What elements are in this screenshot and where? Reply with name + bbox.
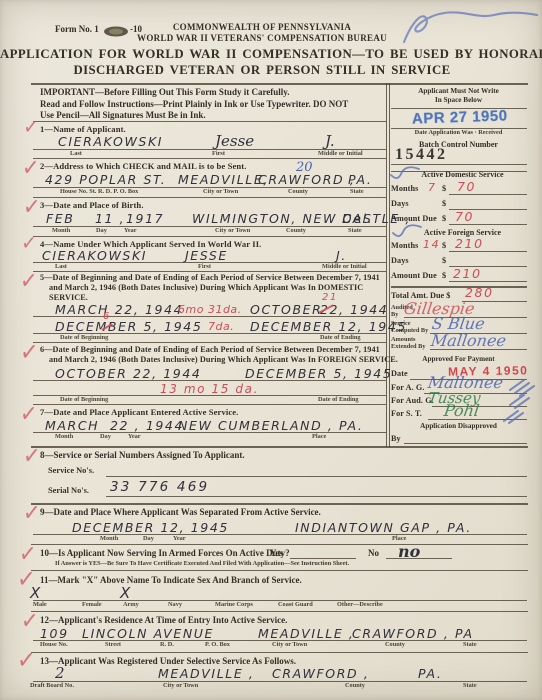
dollar-sign: $: [442, 184, 446, 193]
s7-place-value: NEW CUMBERLAND , PA.: [178, 418, 364, 433]
rule-line: [31, 446, 528, 448]
rule-line: [31, 83, 528, 85]
s4-first-label: First: [198, 263, 211, 270]
red-checkmark-icon: ✓: [23, 115, 40, 141]
rule-line: [33, 197, 386, 198]
application-disapproved-heading: Application Disapproved: [390, 422, 527, 430]
s5-row1-end-month: OCTOBER: [250, 302, 322, 317]
s12-heading: 12—Applicant's Residence At Time of Entr…: [40, 615, 287, 625]
s9-date-value: DECEMBER 12, 1945: [72, 520, 229, 535]
no-write-line-1: Applicant Must Not Write: [390, 87, 527, 95]
s7-year-label: Year: [128, 433, 141, 440]
s13-city-label: City or Town: [163, 682, 198, 689]
s1-heading: 1—Name of Applicant.: [40, 124, 126, 134]
s5-row1-end-year: , 1944: [339, 302, 388, 317]
s1-last-value: CIERAKOWSKI: [58, 134, 163, 149]
s5-row2-correction: 6: [103, 311, 111, 322]
s13-board-label: Draft Board No.: [30, 682, 74, 689]
rule-line: [33, 316, 386, 317]
amounts-extended-by-signature: Mallonee: [430, 331, 508, 350]
s8-service-no-label: Service No's.: [48, 466, 94, 475]
s13-city-value: MEADVILLE ,: [158, 666, 254, 681]
s6-end-value: DECEMBER 5, 1945: [245, 366, 392, 381]
total-amount-due-value: 280: [465, 285, 494, 300]
s13-county-value: CRAWFORD ,: [272, 666, 369, 681]
s13-state-label: State: [463, 682, 477, 689]
s9-place-label: Place: [392, 535, 406, 542]
s12-county-value: CRAWFORD ,: [352, 626, 449, 641]
s11-navy-label: Navy: [168, 601, 182, 608]
s7-month-value: MARCH: [45, 418, 99, 433]
rule-line: [106, 496, 527, 497]
s3-heading: 3—Date and Place of Birth.: [40, 200, 144, 210]
s2-state-value: PA.: [348, 172, 372, 187]
s5-heading-line-3: SERVICE.: [49, 293, 88, 302]
s13-board-value: 2: [55, 664, 65, 682]
for-ag-label: For A. G.: [391, 383, 425, 392]
s6-end-label: Date of Ending: [318, 396, 359, 403]
s6-heading-line-1: 6—Date of Beginning and Date of Ending o…: [40, 345, 380, 354]
red-checkmark-icon: ✓: [19, 265, 38, 295]
rule-line: [33, 432, 386, 433]
s6-heading-line-2: and March 2, 1946 (Both Dates Inclusive)…: [49, 355, 398, 364]
s7-day-label: Day: [100, 433, 111, 440]
s12-street-label: Street: [105, 641, 121, 648]
s9-place-value: INDIANTOWN GAP , PA.: [295, 520, 472, 535]
batch-control-number: 15442: [395, 146, 448, 164]
important-line-3: Use Pencil—All Signatures Must Be in Ink…: [40, 110, 206, 120]
foreign-amount-due-label: Amount Due: [391, 271, 437, 280]
important-line-2: Read and Follow Instructions—Print Plain…: [40, 99, 348, 109]
s8-serial-no-label: Serial No's.: [48, 486, 89, 495]
s5-row1-red-note: 6mo 31da.: [178, 303, 242, 316]
s5-begin-label: Date of Beginning: [60, 334, 108, 341]
extended-label-2: Extended By: [391, 343, 425, 350]
foreign-months-label: Months: [391, 241, 418, 250]
rule-line: [449, 194, 527, 195]
s12-state-value: PA: [455, 626, 474, 641]
s12-city-label: City or Town: [272, 641, 307, 648]
s11-army-label: Army: [123, 601, 139, 608]
s6-begin-value: OCTOBER 22, 1944: [55, 366, 201, 381]
rule-line: [33, 226, 386, 227]
date-received-stamp: APR 27 1950: [412, 107, 508, 127]
s10-no-label: No: [368, 548, 379, 558]
blue-hatch-marks: [492, 378, 537, 424]
red-checkmark-icon: ✓: [19, 337, 39, 369]
s2-county-label: County: [288, 188, 308, 195]
red-checkmark-icon: ✓: [21, 152, 40, 182]
rule-line: [33, 342, 386, 343]
s5-heading-line-2: and March 2, 1946 (Both Dates Inclusive)…: [49, 283, 363, 292]
s11-heading: 11—Mark "X" Above Name To Indicate Sex A…: [40, 575, 302, 585]
red-checkmark-icon: ✓: [22, 440, 41, 470]
s5-row2-begin-value: DECEMBER 5, 1945: [55, 319, 202, 334]
red-checkmark-icon: ✓: [22, 191, 41, 221]
rule-line: [33, 158, 386, 159]
s4-last-value: CIERAKOWSKI: [42, 248, 147, 263]
rule-line: [404, 443, 527, 444]
rule-line: [33, 121, 386, 122]
rule-line: [33, 380, 386, 381]
column-divider: [386, 83, 390, 447]
approved-for-payment-heading: Approved For Payment: [390, 355, 527, 363]
s10-yes-label: Yes: [270, 548, 283, 558]
s2-city-label: City or Town: [203, 188, 238, 195]
s2-county-value: CRAWFORD ,: [258, 172, 355, 187]
foreign-amount-value: 210: [455, 236, 484, 251]
rule-line: [391, 164, 527, 165]
s1-middle-value: J.: [325, 132, 335, 150]
org-line-1: COMMONWEALTH OF PENNSYLVANIA: [0, 22, 524, 32]
s4-first-value: JESSE: [185, 248, 228, 263]
s10-note: If Answer is YES—Be Sure To Have Certifi…: [55, 560, 349, 567]
foreign-months-value: 14: [423, 238, 440, 251]
s12-street-value: LINCOLN AVENUE: [82, 626, 214, 641]
dollar-sign: $: [442, 271, 446, 280]
domestic-amount-value: 70: [457, 179, 476, 194]
s7-place-label: Place: [312, 433, 326, 440]
s11-female-label: Female: [82, 601, 102, 608]
rule-line: [449, 281, 527, 282]
rule-line: [430, 349, 527, 350]
approved-date-label: Date: [391, 369, 408, 378]
s5-end-label: Date of Ending: [320, 334, 361, 341]
rule-line: [33, 681, 527, 682]
s11-other-label: Other—Describe: [337, 601, 383, 608]
for-st-label: For S. T.: [391, 409, 422, 418]
s8-heading: 8—Service or Serial Numbers Assigned To …: [40, 450, 245, 460]
rule-line: [31, 570, 528, 571]
s13-heading: 13—Applicant Was Registered Under Select…: [40, 656, 296, 666]
s3-city-county-value: WILMINGTON, NEW CASTLE ,: [192, 211, 411, 226]
s3-year-value: 1917: [126, 211, 164, 226]
s6-begin-label: Date of Beginning: [60, 396, 108, 403]
dollar-sign: $: [442, 241, 446, 250]
form-title-line-2: DISCHARGED VETERAN OR PERSON STILL IN SE…: [0, 63, 524, 78]
foreign-amount-due-value: 210: [453, 266, 482, 281]
extended-label-1: Amounts: [391, 336, 416, 343]
s3-day-label: Day: [96, 227, 107, 234]
s2-heading: 2—Address to Which CHECK and MAIL is to …: [40, 161, 246, 171]
s5-row2-end-value: DECEMBER 12, 1945: [250, 319, 407, 334]
dollar-sign: $: [442, 256, 446, 265]
s12-house-value: 109: [40, 626, 69, 641]
s12-city-value: MEADVILLE ,: [258, 626, 354, 641]
s2-address-label: House No. St. R. D. P. O. Box: [60, 188, 138, 195]
s13-state-value: PA.: [418, 666, 442, 681]
rule-line: [31, 544, 528, 545]
domestic-service-heading: Active Domestic Service: [398, 170, 527, 179]
rule-line: [290, 558, 356, 559]
s1-first-label: First: [212, 150, 225, 157]
foreign-days-label: Days: [391, 256, 409, 265]
s7-day-year-value: 22 , 1944: [110, 418, 184, 433]
red-checkmark-icon: ✓: [20, 605, 39, 635]
s9-heading: 9—Date and Place Where Applicant Was Sep…: [40, 507, 321, 517]
s1-first-value: Jesse: [215, 132, 254, 150]
s3-state-value: Del.: [342, 211, 373, 226]
rule-line: [386, 558, 452, 559]
s12-rd-label: R. D.: [160, 641, 174, 648]
s2-city-value: MEADVILLE,: [178, 172, 269, 187]
s4-middle-label: Middle or Initial: [322, 263, 367, 270]
s3-county-label: County: [286, 227, 306, 234]
domestic-months-value: 7: [428, 181, 437, 194]
s12-pobox-label: P. O. Box: [205, 641, 230, 648]
s8-serial-no-value: 33 776 469: [110, 479, 209, 495]
s9-day-label: Day: [143, 535, 154, 542]
s3-month-label: Month: [52, 227, 70, 234]
s3-year-label: Year: [124, 227, 137, 234]
s11-marine-corps-label: Marine Corps: [215, 601, 253, 608]
rule-line: [106, 476, 527, 477]
no-write-line-2: In Space Below: [390, 96, 527, 104]
domestic-amount-due-value: 70: [455, 209, 474, 224]
s3-day-value: 11 ,: [95, 211, 125, 226]
rule-line: [31, 611, 528, 612]
org-line-2: WORLD WAR II VETERANS' COMPENSATION BURE…: [0, 33, 524, 43]
s1-last-label: Last: [70, 150, 82, 157]
s3-city-label: City or Town: [215, 227, 250, 234]
s2-address-value: 429 POPLAR ST.: [45, 172, 166, 187]
form-title-line-1: APPLICATION FOR WORLD WAR II COMPENSATIO…: [0, 47, 524, 62]
s12-state-label: State: [463, 641, 477, 648]
s6-red-note: 13 mo 15 da.: [160, 382, 259, 396]
disapproved-by-label: By: [391, 434, 401, 443]
s5-row1-begin-value: MARCH 22, 1944: [55, 302, 183, 317]
s5-heading-line-1: 5—Date of Beginning and Date of Ending o…: [40, 273, 380, 282]
scanned-form-page: Form No. 1 -10 COMMONWEALTH OF PENNSYLVA…: [0, 0, 542, 700]
s3-state-label: State: [348, 227, 362, 234]
date-received-label: Date Application Was · Received: [390, 129, 527, 136]
s13-county-label: County: [345, 682, 365, 689]
domestic-days-label: Days: [391, 199, 409, 208]
s2-state-label: State: [350, 188, 364, 195]
s3-month-value: FEB: [46, 211, 74, 226]
s5-row2-red-note: 7da.: [208, 320, 234, 333]
s12-house-label: House No.: [40, 641, 68, 648]
rule-line: [31, 503, 528, 505]
dollar-sign: $: [442, 214, 446, 223]
red-checkmark-icon: ✓: [22, 497, 41, 527]
s4-last-label: Last: [55, 263, 67, 270]
domestic-months-label: Months: [391, 184, 418, 193]
red-checkmark-icon: ✓: [16, 645, 36, 677]
s9-month-label: Month: [100, 535, 118, 542]
rule-line: [33, 236, 386, 237]
rule-line: [449, 251, 527, 252]
s7-heading: 7—Date and Place Applicant Entered Activ…: [40, 407, 238, 417]
important-line-1: IMPORTANT—Before Filling Out This Form S…: [40, 87, 290, 97]
s10-heading: 10—Is Applicant Now Serving In Armed For…: [40, 548, 290, 558]
s1-middle-label: Middle or Initial: [318, 150, 363, 157]
rule-line: [31, 652, 528, 653]
for-st-signature: Pohl: [443, 401, 481, 420]
rule-line: [449, 224, 527, 225]
s5-row1-correction: 21: [322, 292, 338, 303]
rule-line: [33, 404, 386, 405]
s12-county-label: County: [385, 641, 405, 648]
dollar-sign: $: [442, 199, 446, 208]
s9-year-label: Year: [173, 535, 186, 542]
red-checkmark-icon: ✓: [21, 231, 38, 257]
audited-label-2: By: [391, 311, 398, 318]
red-checkmark-icon: ✓: [19, 398, 38, 428]
s11-coast-guard-label: Coast Guard: [278, 601, 313, 608]
rule-line: [391, 286, 527, 288]
s4-middle-value: J.: [336, 248, 347, 263]
s7-month-label: Month: [55, 433, 73, 440]
rule-line: [33, 271, 386, 272]
